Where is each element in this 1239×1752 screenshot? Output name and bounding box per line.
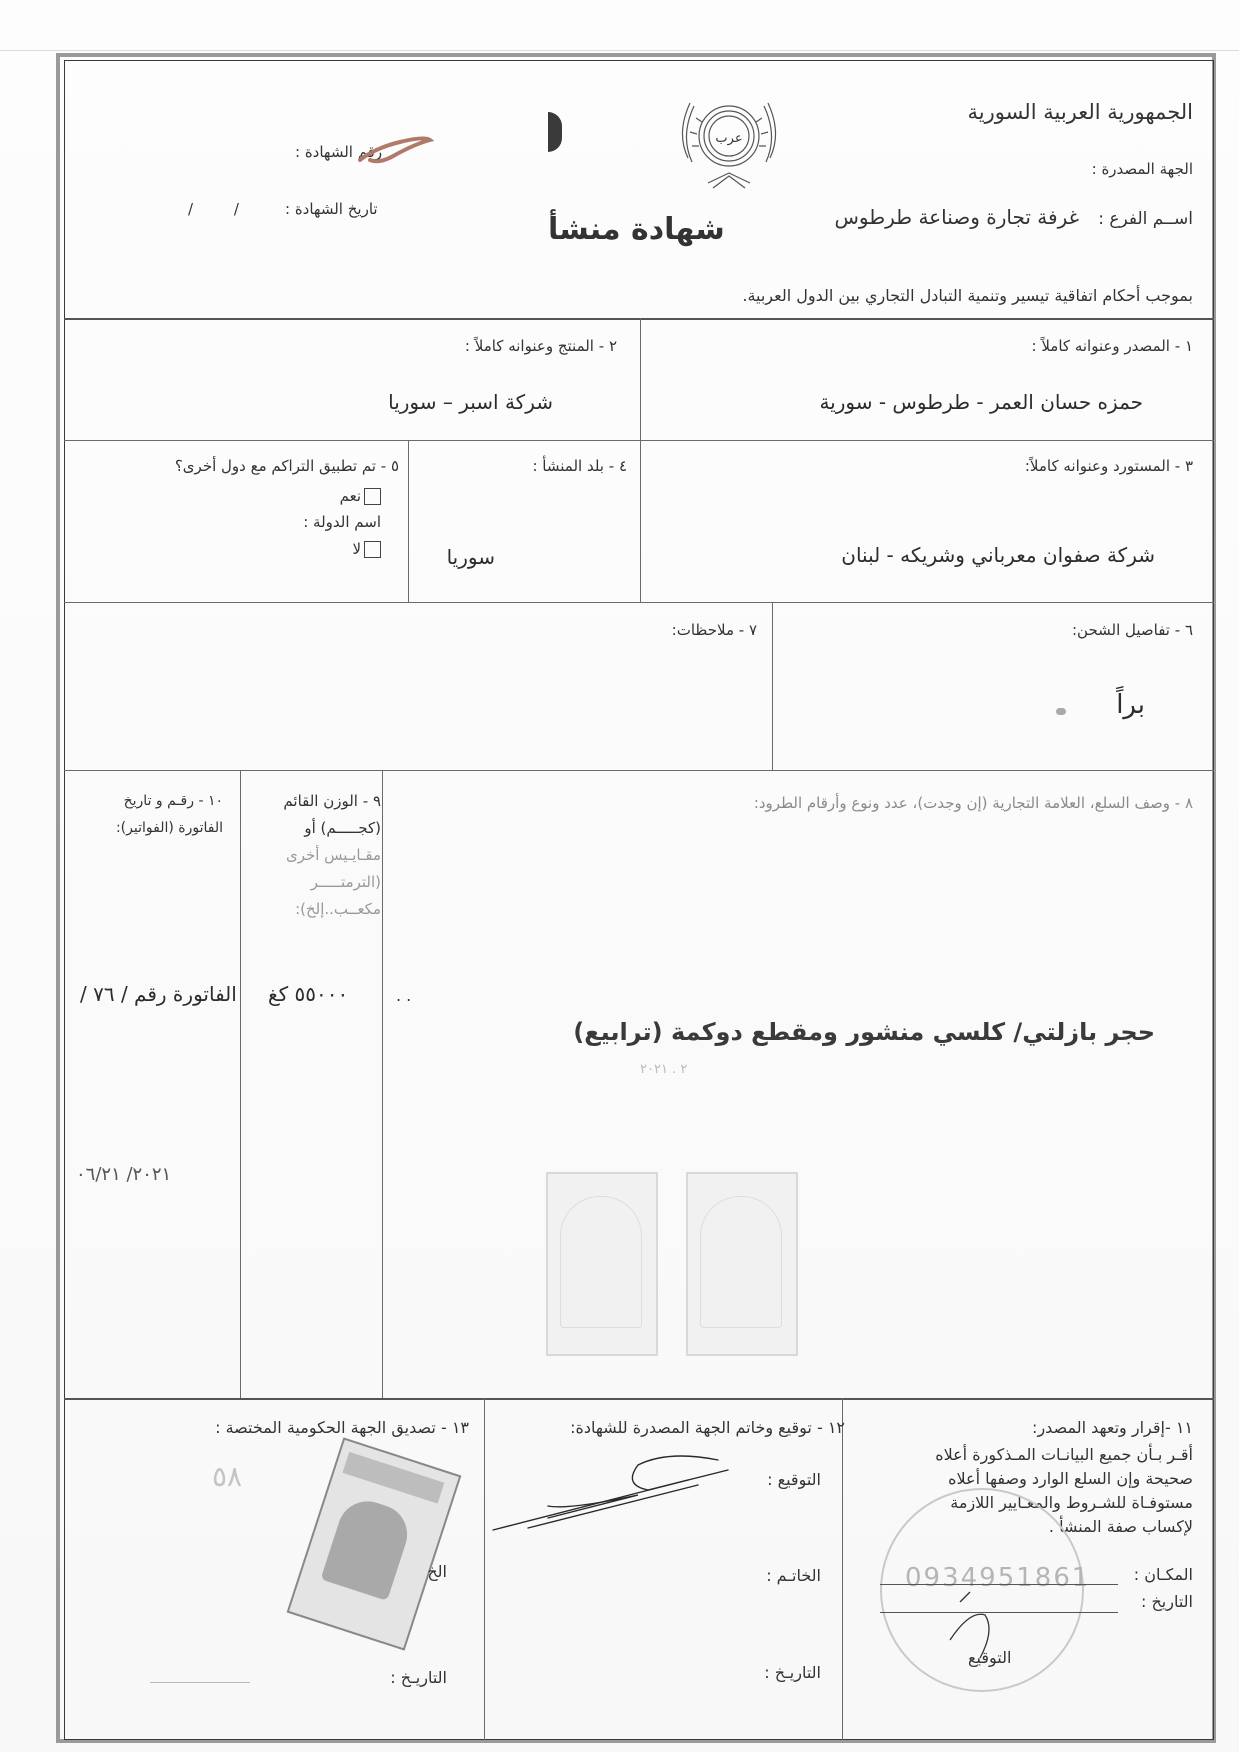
certificate-of-origin-page: الجمهورية العربية السورية الجهة المصدرة … [0,0,1239,1752]
stamp-inner-frame [560,1196,642,1328]
divider-row-2 [64,602,1214,603]
divider-col-4-5 [408,440,409,602]
certificate-date-value: / / [188,200,257,218]
revenue-stamp-right [686,1172,798,1356]
divider-col-13-12 [484,1398,485,1740]
certificate-date-label: تاريخ الشهادة : [285,200,378,218]
invoice-number-value: الفاتورة رقم / ٧٦ / [80,982,237,1006]
faint-background-mark: ٢ . ٢٠٢١ [640,1062,687,1077]
divider-header [64,318,1214,320]
shipping-label: ٦ - تفاصيل الشحن: [1072,621,1193,639]
declaration-line: أقـر بـأن جميع البيانـات المـذكورة أعلاه [935,1443,1193,1467]
invoice-label-line: ١٠ - رقـم و تاريخ [73,788,223,815]
cumulation-country-name-label: اسم الدولة : [303,513,381,531]
branch-row: اســم الفرع : غرفة تجارة وصناعة طرطوس [834,205,1193,229]
issuer-signature-field-label: التوقيع : [767,1470,821,1489]
faint-stamp-mark: ٥٨ [212,1460,242,1493]
agreement-statement: بموجب أحكام اتفاقية تيسير وتنمية التبادل… [742,286,1193,305]
cumulation-yes-label: نعم [340,487,361,505]
cumulation-no-label: لا [352,540,361,558]
issuing-authority-label: الجهة المصدرة : [1092,160,1193,178]
gross-weight-label-line: (الترمتـــــر [251,869,381,896]
government-date-label: التاريـخ : [390,1668,447,1687]
gross-weight-label-line: مقـايـيس أخرى [251,842,381,869]
invoice-date-value: ٢٠٢١/ ٠٦/٢١ [76,1164,171,1185]
divider-row-1 [64,440,1214,441]
exporter-declaration-label: ١١ -إقرار وتعهد المصدر: [1032,1418,1193,1437]
divider-row-4 [64,1398,1214,1400]
issuer-signature-label: ١٢ - توقيع وخاتم الجهة المصدرة للشهادة: [570,1418,845,1437]
document-title: شهادة منشأ [548,212,725,247]
divider-col-1-2 [640,318,641,602]
cumulation-no-option[interactable]: لا [352,540,381,558]
notes-label: ٧ - ملاحظات: [672,621,757,639]
divider-col-10-9 [240,770,241,1398]
producer-label: ٢ - المنتج وعنوانه كاملاً : [465,337,617,355]
cumulation-yes-checkbox[interactable] [364,488,381,505]
gross-weight-label-line: (كجـــــم) أو [251,815,381,842]
goods-description-value: حجر بازلتي/ كلسي منشور ومقطع دوكمة (تراب… [573,1018,1155,1046]
cumulation-label: ٥ - تم تطبيق التراكم مع دول أخرى؟ [175,457,399,475]
issuer-date-label: التاريـخ : [764,1663,821,1682]
government-certification-label: ١٣ - تصديق الجهة الحكومية المختصة : [215,1418,469,1437]
divider-col-9-8 [382,770,383,1398]
cumulation-yes-option[interactable]: نعم [340,487,381,505]
producer-value: شركة اسبر – سوريا [388,390,553,414]
weight-trailing-dots: . . [396,986,411,1005]
divider-col-6-7 [772,602,773,770]
arab-league-emblem-icon: عرب [668,88,790,198]
svg-text:عرب: عرب [715,131,742,146]
exporter-value: حمزه حسان العمر - طرطوس - سورية [819,390,1143,414]
divider-col-12-11 [842,1398,843,1740]
branch-value: غرفة تجارة وصناعة طرطوس [834,205,1079,229]
issuer-signature-icon [488,1440,758,1540]
branch-label: اســم الفرع : [1098,209,1193,229]
scan-edge-line [0,50,1239,51]
government-date-line [150,1682,250,1683]
gross-weight-label-line: ٩ - الوزن القائم [251,788,381,815]
shipping-value: براً [1116,690,1145,720]
issuer-seal-label: الخاتـم : [766,1566,821,1585]
gross-weight-label-line: مكعــب..إلخ): [251,896,381,923]
pen-scribble-icon [355,130,435,170]
importer-label: ٣ - المستورد وعنوانه كاملاً: [1025,457,1193,475]
exporter-signature-icon [940,1580,1010,1660]
exporter-label: ١ - المصدر وعنوانه كاملاً : [1032,337,1193,355]
cumulation-no-checkbox[interactable] [364,541,381,558]
declaration-place-label: المكـان : [1134,1565,1193,1584]
government-seal-label: الخ [427,1562,447,1581]
revenue-stamp-left [546,1172,658,1356]
importer-value: شركة صفوان معرباني وشريكه - لبنان [841,543,1155,567]
gross-weight-value: ٥٥٠٠٠ كغ [268,982,348,1006]
country-name: الجمهورية العربية السورية [967,100,1193,124]
stamp-portrait [321,1494,415,1601]
stamp-inner-frame [700,1196,782,1328]
divider-row-3 [64,770,1214,771]
ink-smudge [1056,708,1066,715]
invoice-label: ١٠ - رقـم و تاريخ الفاتورة (الفواتير): [73,788,223,842]
gross-weight-label: ٩ - الوزن القائم (كجـــــم) أو مقـايـيس … [251,788,381,923]
goods-description-label: ٨ - وصف السلع، العلامة التجارية (إن وجدت… [754,794,1193,812]
origin-country-value: سوريا [447,545,495,569]
origin-country-label: ٤ - بلد المنشأ : [532,457,627,475]
declaration-date-label: التاريخ : [1141,1592,1193,1611]
invoice-label-line: الفاتورة (الفواتير): [73,815,223,842]
